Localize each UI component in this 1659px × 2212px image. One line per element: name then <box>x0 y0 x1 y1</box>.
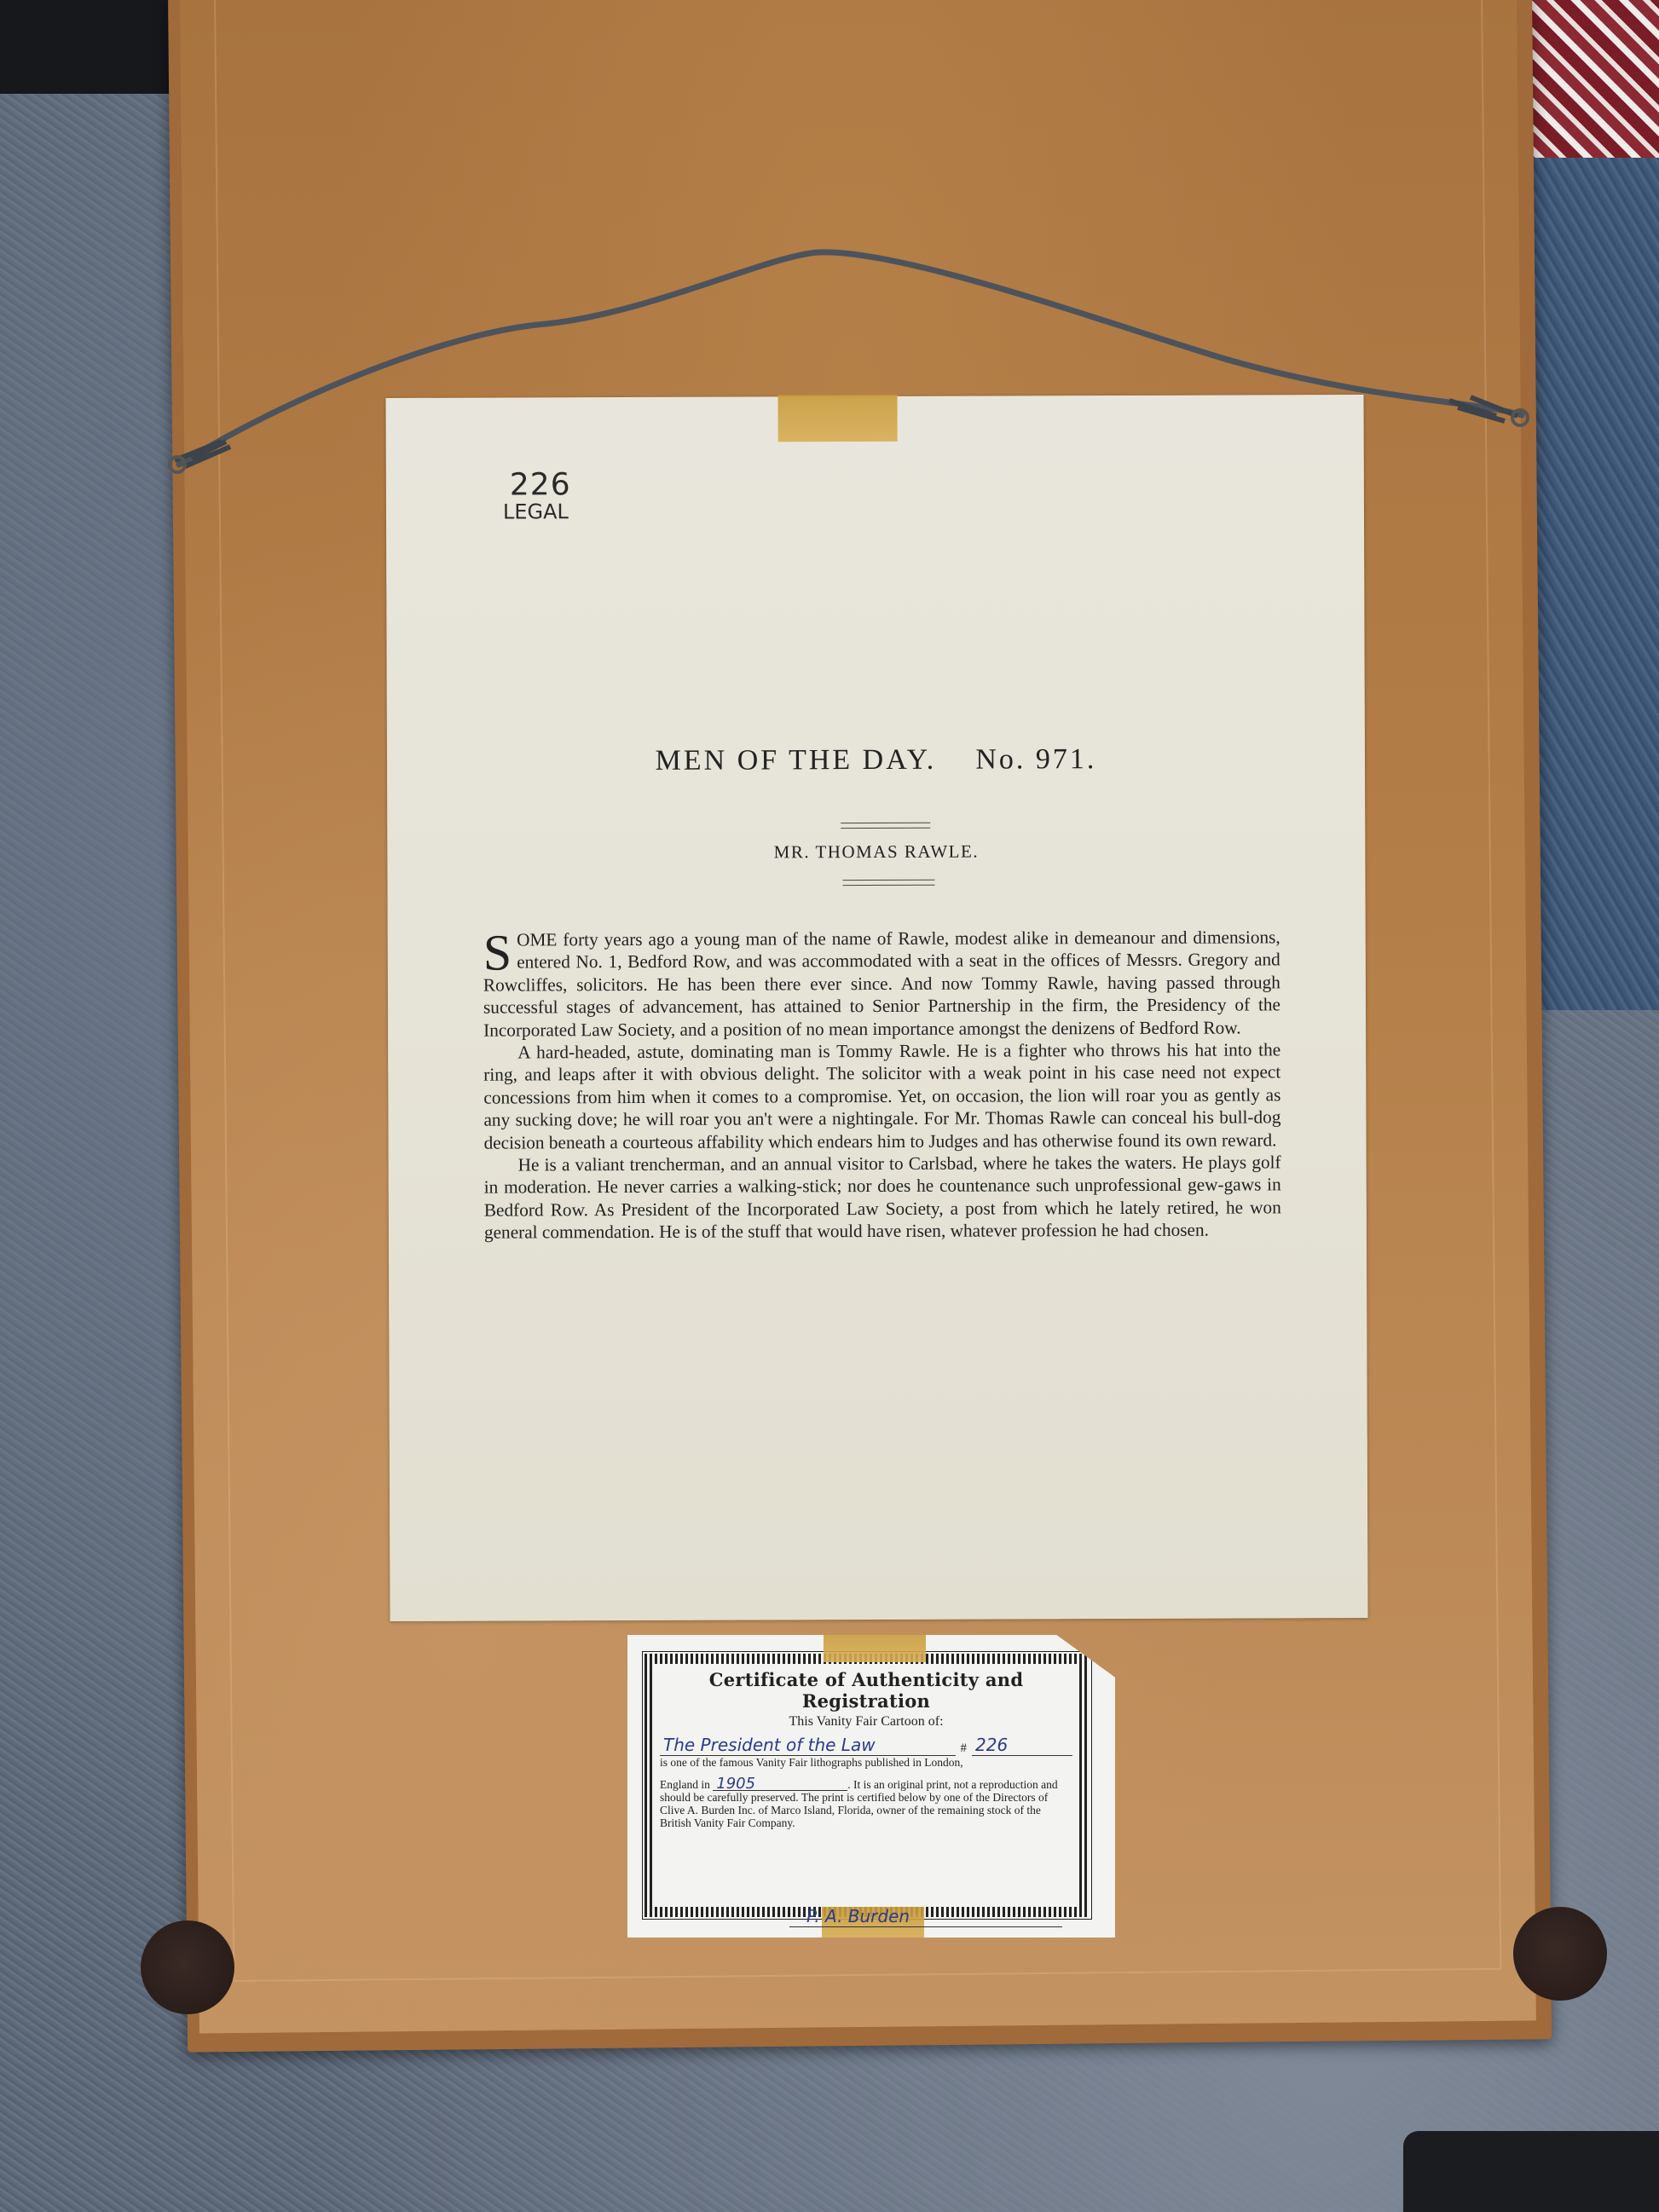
publication-year: 1905 <box>713 1777 847 1791</box>
subject-name: MR. THOMAS RAWLE. <box>387 840 1365 864</box>
double-rule <box>841 823 930 829</box>
certificate-of-authenticity: Certificate of Authenticity and Registra… <box>627 1635 1115 1938</box>
men-of-the-day-sheet: 226 LEGAL MEN OF THE DAY. No. 971. MR. T… <box>385 395 1367 1621</box>
cartoon-name-line: The President of the Law # 226 <box>660 1735 1072 1756</box>
handwritten-category: LEGAL <box>503 500 569 523</box>
double-rule <box>842 880 934 886</box>
felt-bumper-pad <box>141 1920 234 2014</box>
paragraph: He is a valiant trencherman, and an annu… <box>484 1151 1281 1244</box>
cartoon-name: The President of the Law <box>660 1735 956 1756</box>
certificate-subtitle: This Vanity Fair Cartoon of: <box>660 1714 1072 1730</box>
denim-fabric <box>1527 158 1659 1010</box>
document-title: MEN OF THE DAY. No. 971. <box>387 742 1365 778</box>
biography-text: SOME forty years ago a young man of the … <box>483 926 1281 1244</box>
plaid-fabric <box>1518 0 1659 158</box>
hash-label: # <box>961 1741 968 1756</box>
masking-tape <box>777 395 897 442</box>
drop-cap: S <box>483 932 512 973</box>
dark-background-corner <box>0 0 179 94</box>
series-title: MEN OF THE DAY. <box>656 744 937 777</box>
signature: P. A. Burden <box>789 1906 1062 1927</box>
masking-tape <box>824 1632 926 1662</box>
certificate-body: Certificate of Authenticity and Registra… <box>660 1669 1072 1903</box>
paragraph: A hard-headed, astute, dominating man is… <box>483 1038 1280 1153</box>
certificate-line: is one of the famous Vanity Fair lithogr… <box>660 1756 1072 1769</box>
paragraph: SOME forty years ago a young man of the … <box>483 926 1280 1041</box>
handwritten-number: 226 <box>510 467 571 502</box>
cartoon-number: 226 <box>972 1735 1072 1756</box>
black-object-corner <box>1403 2131 1659 2212</box>
certificate-statement: England in 1905. It is an original print… <box>660 1777 1072 1829</box>
felt-bumper-pad <box>1513 1907 1607 2001</box>
certificate-title: Certificate of Authenticity and Registra… <box>660 1669 1072 1712</box>
series-number: No. 971. <box>975 743 1096 775</box>
